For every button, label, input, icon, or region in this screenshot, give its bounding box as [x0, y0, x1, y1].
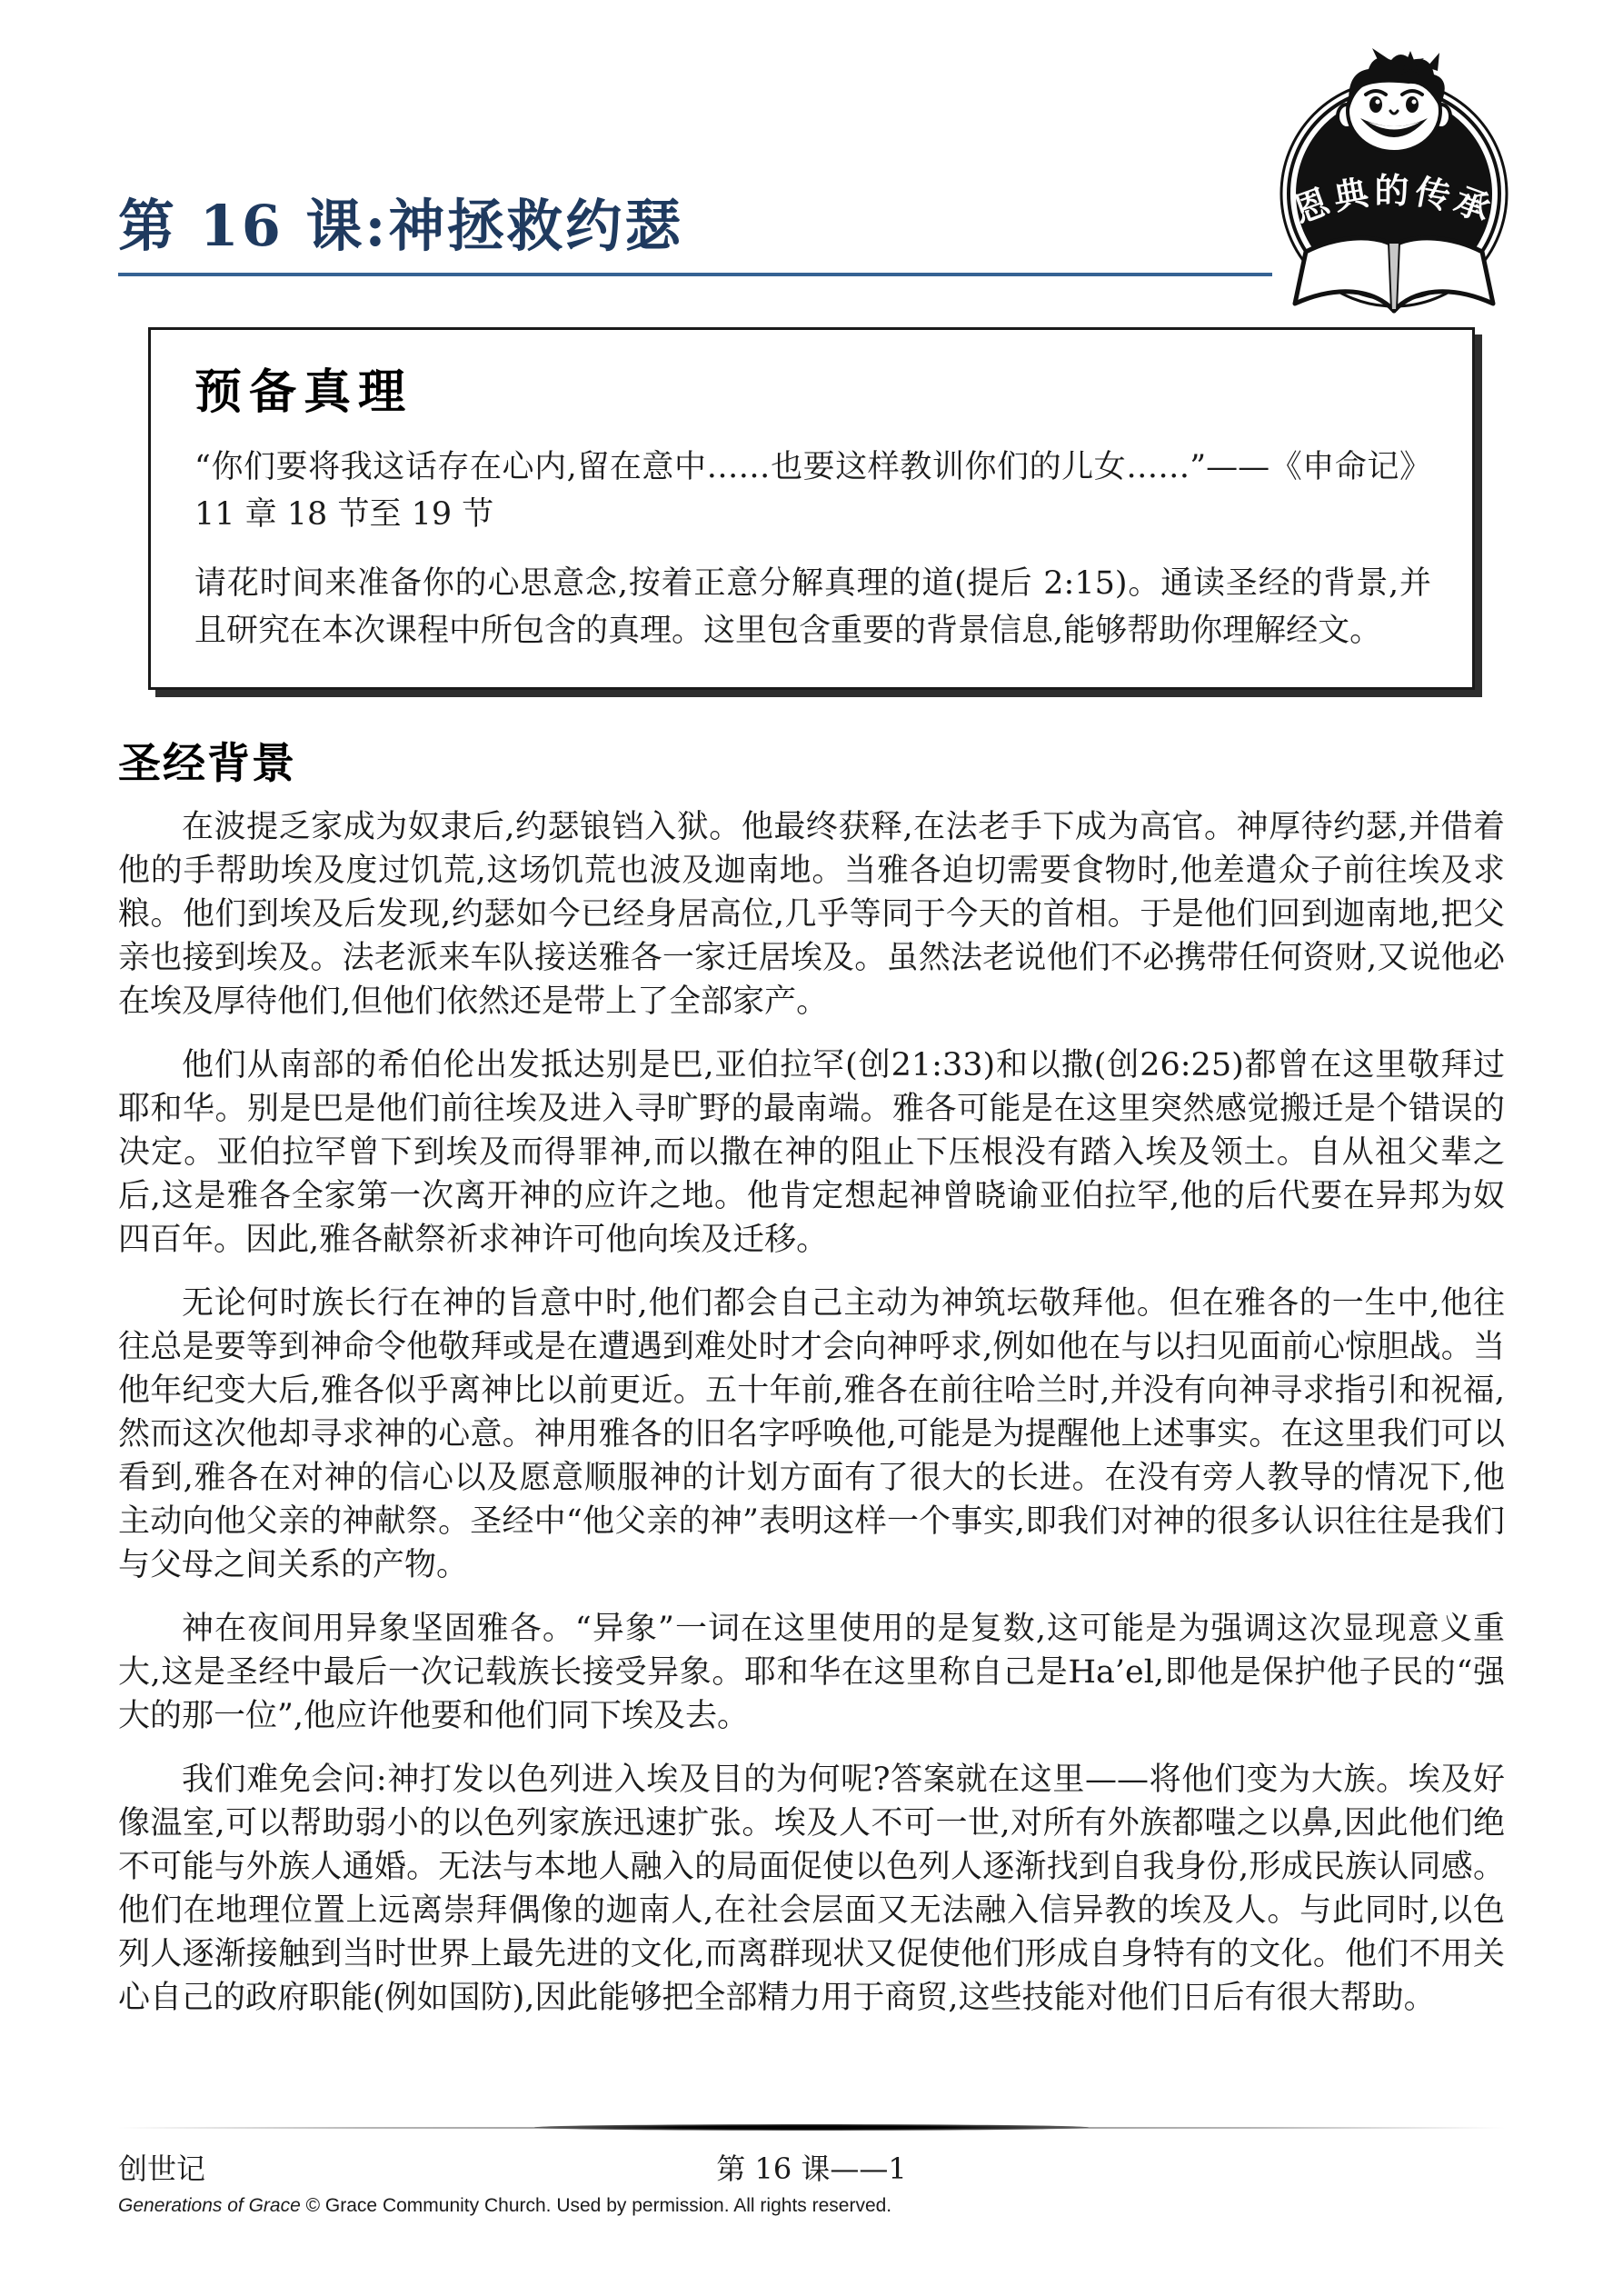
truth-box-instructions: 请花时间来准备你的心思意念,按着正意分解真理的道(提后 2:15)。通读圣经的背… [194, 560, 1431, 654]
copyright-text: © Grace Community Church. Used by permis… [301, 2195, 891, 2216]
truth-box-heading: 预备真理 [194, 354, 1431, 422]
footer-divider [118, 2123, 1505, 2131]
bible-background-heading: 圣经背景 [118, 730, 1505, 791]
background-paragraph-1: 在波提乏家成为奴隶后,约瑟锒铛入狱。他最终获释,在法老手下成为高官。神厚待约瑟,… [118, 805, 1505, 1023]
background-paragraph-2: 他们从南部的希伯伦出发抵达别是巴,亚伯拉罕(创21:33)和以撒(创26:25)… [118, 1043, 1505, 1262]
footer-copyright: Generations of Grace © Grace Community C… [118, 2195, 1505, 2217]
scripture-quote: “你们要将我这话存在心内,留在意中……也要这样教训你们的儿女……”——《申命记》… [194, 444, 1431, 538]
footer-page-number: 第 16 课——1 [118, 2146, 1505, 2188]
background-paragraph-5: 我们难免会问:神打发以色列进入埃及目的为何呢?答案就在这里——将他们变为大族。埃… [118, 1758, 1505, 2020]
background-paragraph-4: 神在夜间用异象坚固雅各。“异象”一词在这里使用的是复数,这可能是为强调这次显现意… [118, 1607, 1505, 1738]
bible-background-text: 在波提乏家成为奴隶后,约瑟锒铛入狱。他最终获释,在法老手下成为高官。神厚待约瑟,… [118, 805, 1505, 2020]
copyright-series-name: Generations of Grace [118, 2195, 301, 2216]
prepare-truth-box: 预备真理 “你们要将我这话存在心内,留在意中……也要这样教训你们的儿女……”——… [148, 327, 1475, 690]
background-paragraph-3: 无论何时族长行在神的旨意中时,他们都会自己主动为神筑坛敬拜他。但在雅各的一生中,… [118, 1282, 1505, 1587]
grace-logo-icon: 恩典的传承 [1272, 45, 1516, 318]
footer-line: 创世记 第 16 课——1 [118, 2146, 1505, 2186]
document-page: 恩典的传承 第 16 课:神拯救约瑟 预备真理 “你们要将我这话存在心内,留在意… [0, 0, 1623, 2296]
page-footer: 创世记 第 16 课——1 Generations of Grace © Gra… [118, 2123, 1505, 2217]
generations-of-grace-logo: 恩典的传承 [1272, 45, 1516, 318]
